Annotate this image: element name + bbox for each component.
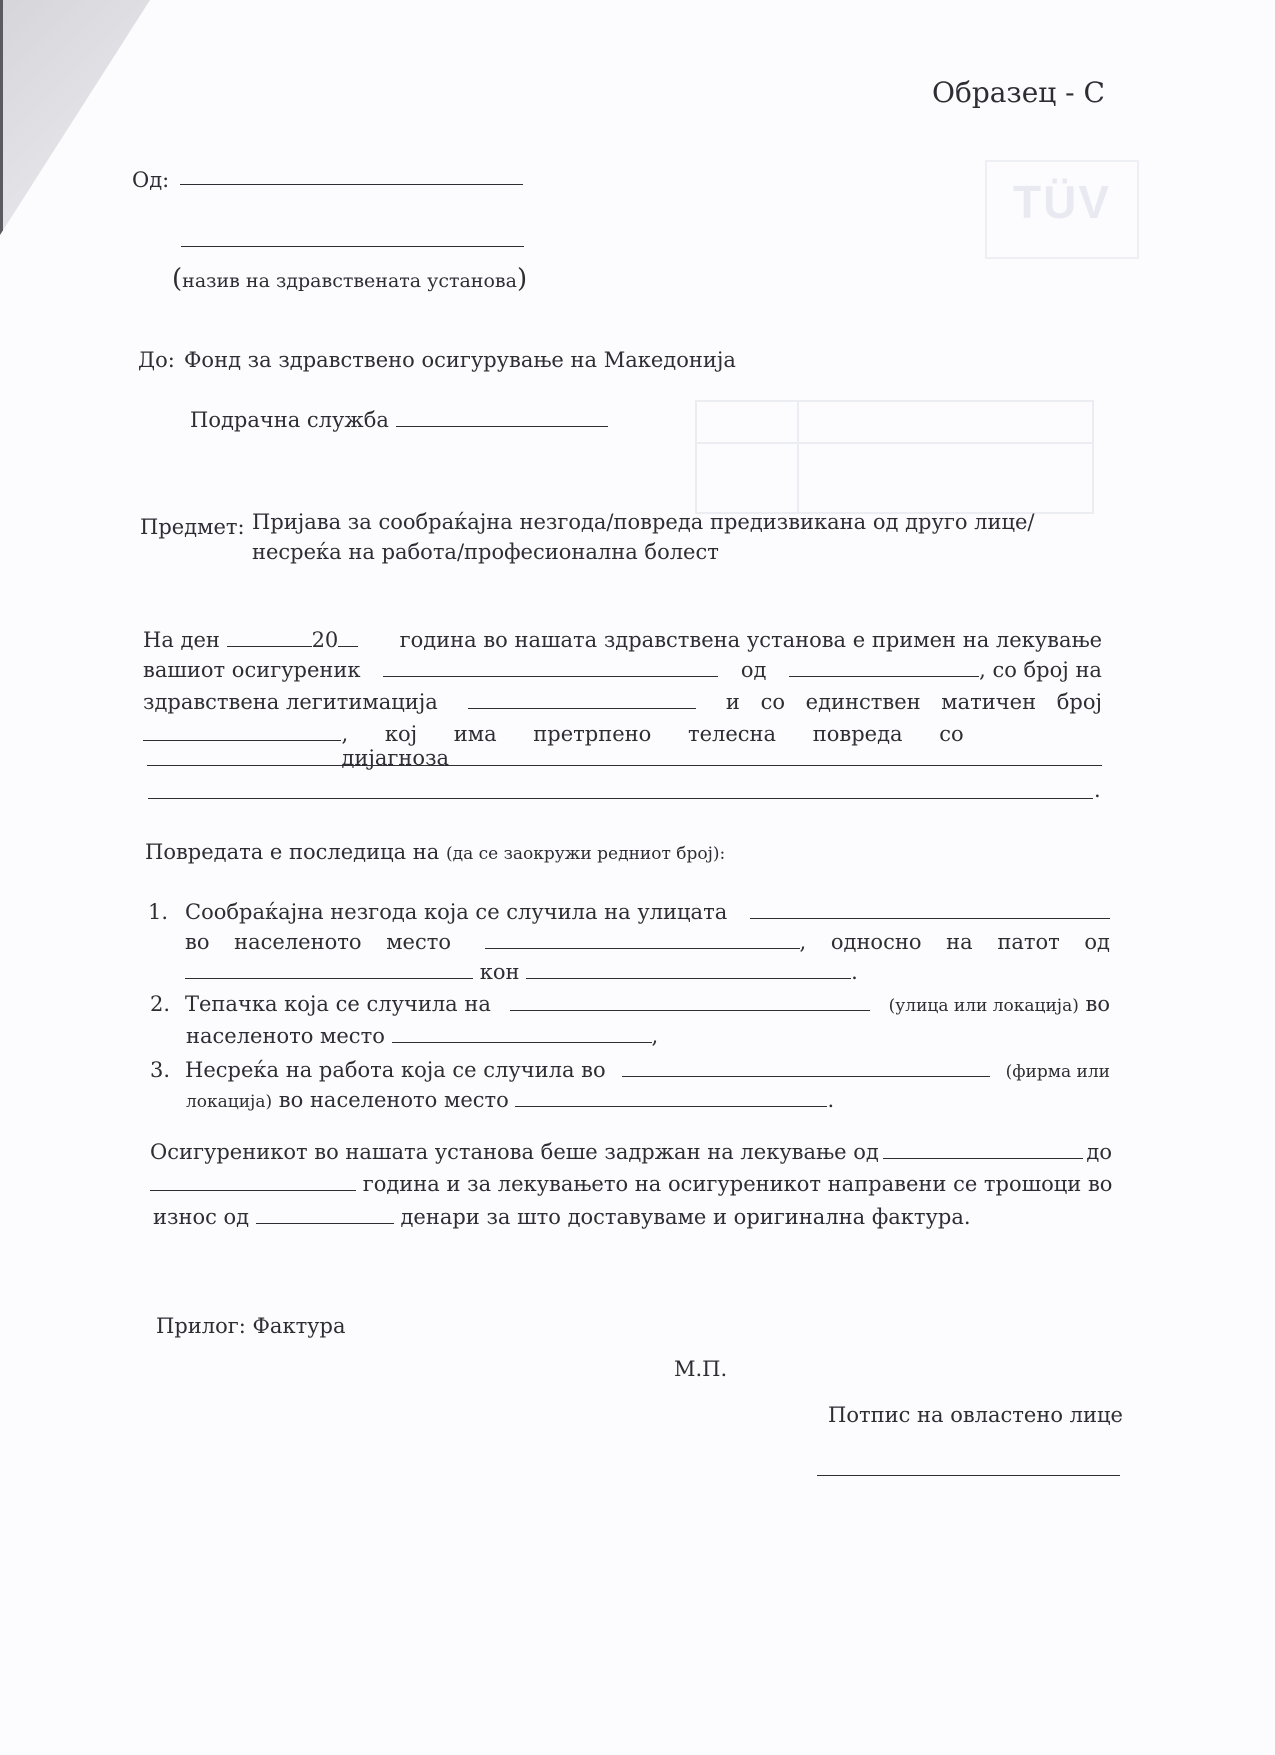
day-field[interactable]	[227, 645, 312, 647]
cause-item-1-line-2: во населеното место , односно на патот о…	[185, 930, 1110, 954]
subject-label: Предмет:	[140, 515, 245, 539]
workplace-field[interactable]	[622, 1075, 990, 1077]
treatment-to-field[interactable]	[150, 1189, 356, 1191]
cause-item-1-line-3: кон .	[185, 960, 858, 984]
institution-caption: (назив на здравствената установа)	[172, 264, 527, 294]
regional-office-field[interactable]	[396, 425, 608, 427]
cause-item-3-number[interactable]: 3.	[150, 1058, 170, 1082]
form-page: TÜV Образец - С Од: (назив на здравствен…	[0, 0, 1275, 1755]
treatment-line-1: Осигуреникот во нашата установа беше зад…	[150, 1140, 1112, 1164]
treatment-from-field[interactable]	[883, 1157, 1083, 1159]
insured-name-field[interactable]	[383, 675, 718, 677]
from-field-line-1[interactable]	[180, 184, 523, 185]
to-label: До:	[138, 348, 175, 372]
signature-field[interactable]	[817, 1475, 1120, 1476]
cause-item-2-number[interactable]: 2.	[150, 992, 170, 1016]
cause-item-1-line-1: Сообраќајна незгода која се случила на у…	[185, 900, 1110, 924]
settlement-field-3[interactable]	[515, 1105, 827, 1107]
diagnosis-line-1[interactable]	[147, 765, 1102, 766]
show-through-logo: TÜV	[985, 160, 1139, 259]
insured-from-field[interactable]	[789, 675, 979, 677]
cause-item-2-line-2: населеното место ,	[186, 1024, 658, 1048]
admission-line-3: здравствена легитимација и со единствен …	[143, 690, 1102, 714]
road-to-field[interactable]	[526, 977, 851, 979]
show-through-stamp	[695, 400, 1094, 514]
regional-office-row: Подрачна служба	[190, 408, 608, 432]
stamp-place-label: М.П.	[674, 1357, 727, 1381]
health-card-field[interactable]	[468, 707, 696, 709]
from-field-line-2[interactable]	[181, 246, 524, 247]
admission-line-1: На ден 20 година во нашата здравствена у…	[143, 628, 1102, 652]
street-field[interactable]	[750, 917, 1110, 919]
from-label: Од:	[132, 168, 169, 192]
unique-id-field[interactable]	[143, 739, 341, 741]
cause-item-3-line-1: Несреќа на работа која се случила во (фи…	[185, 1058, 1110, 1082]
cause-item-3-line-2: локација) во населеното место .	[186, 1088, 834, 1112]
road-from-field[interactable]	[185, 977, 473, 979]
admission-line-4: , кој има претрпено телесна повреда со д…	[143, 722, 1102, 770]
fight-location-field[interactable]	[510, 1009, 870, 1011]
cause-item-1-number[interactable]: 1.	[148, 900, 168, 924]
subject-line-2: несреќа на работа/професионална болест	[252, 540, 719, 564]
attachment-note: Прилог: Фактура	[156, 1314, 346, 1338]
recipient-fund: Фонд за здравствено осигурување на Макед…	[184, 348, 736, 372]
treatment-line-3: износ од денари за што доставуваме и ори…	[153, 1205, 971, 1229]
form-title: Образец - С	[932, 76, 1105, 109]
regional-office-label: Подрачна служба	[190, 408, 389, 432]
settlement-field-1[interactable]	[485, 947, 800, 949]
year-field[interactable]	[338, 645, 358, 647]
folded-corner	[0, 0, 150, 235]
cause-item-2-line-1: Тепачка која се случила на (улица или ло…	[185, 992, 1110, 1016]
subject-line-1: Пријава за сообраќајна незгода/повреда п…	[252, 510, 1035, 534]
treatment-line-2: година и за лекувањето на осигуреникот н…	[150, 1172, 1112, 1196]
diagnosis-end: .	[1094, 778, 1101, 802]
amount-field[interactable]	[256, 1222, 394, 1224]
settlement-field-2[interactable]	[392, 1041, 652, 1043]
admission-line-2: вашиот осигуреник од , со број на	[143, 658, 1102, 682]
cause-heading: Повредата е последица на (да се заокружи…	[145, 840, 725, 864]
signature-label: Потпис на овластено лице	[828, 1403, 1123, 1427]
diagnosis-line-2[interactable]	[148, 798, 1093, 799]
